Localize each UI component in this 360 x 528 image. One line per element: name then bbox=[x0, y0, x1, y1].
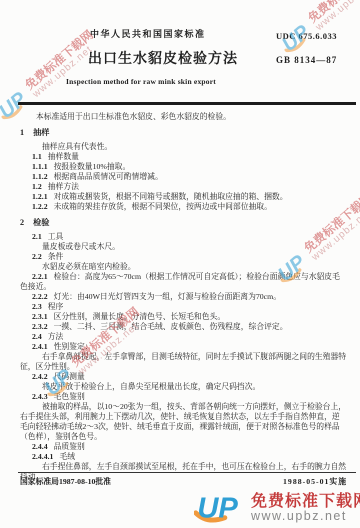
watermark-stamp: UP 免费标准下载网 www.upbz.net bbox=[275, 0, 360, 58]
svg-text:UP: UP bbox=[197, 493, 238, 525]
clause-paragraph: 将皮平放于检验台上，自鼻尖至尾根量出长度，确定尺码挡次。 bbox=[20, 382, 347, 392]
clause-paragraph: 1.1.1按报验数量10%抽取。 bbox=[20, 162, 347, 172]
clause-paragraph: 2.3.2一摸、二抖、三目测，结合毛绒、皮板颜色、伤残程度，综合评定。 bbox=[20, 322, 347, 332]
clause-paragraph: 2.4方法 bbox=[20, 332, 347, 342]
watermark-site-url: www.upbz.net bbox=[251, 510, 360, 524]
clause-paragraph: 1.2抽样方法 bbox=[20, 182, 347, 192]
clause-paragraph: 水貂皮必须在暗室内检验。 bbox=[20, 262, 347, 272]
watermark-stamp: UP 免费标准下载网 www.upbz.net bbox=[0, 27, 102, 125]
clause-paragraph: 2.1工具 bbox=[20, 232, 347, 242]
approval-date: 国家标准局1987-08-10批准 bbox=[20, 476, 111, 487]
clause-paragraph: 2.4.4.1毛绒 bbox=[20, 452, 347, 462]
clause-paragraph: 2.2.1检验台：高度为65～70cm（根据工作情况可自定高低）；检验台面颜色应… bbox=[20, 272, 347, 292]
standard-document-page: 中华人民共和国国家标准 UDC 675.6.033 出口生水貂皮检验方法 GB … bbox=[0, 0, 360, 528]
clause-paragraph: 2.4.3毛色鉴别 bbox=[20, 392, 347, 402]
standard-number: GB 8134—87 bbox=[276, 55, 337, 65]
section-title: 检验 bbox=[33, 218, 49, 227]
clause-paragraph: 1.1.2根据商品品质情况可酌情增减。 bbox=[20, 172, 347, 182]
clause-paragraph: 2.4.2尺码测量 bbox=[20, 372, 347, 382]
clause-paragraph: 1.2.2未成箱的架挂存放货，根据不同架位，按两边或中间部位抽取。 bbox=[20, 202, 347, 212]
watermark-site-name: 免费标准下载网 bbox=[306, 0, 360, 25]
clause-paragraph: 2.2条件 bbox=[20, 252, 347, 262]
clause-paragraph: 2.3.1区分性别，测量长度，分清色号、长短毛和色头。 bbox=[20, 312, 347, 322]
document-body: 本标准适用于出口生标准色水貂皮、彩色水貂皮的检验。 1抽样 抽样应具有代表性。 … bbox=[20, 112, 347, 482]
clause-paragraph: 2.4.4品质鉴别 bbox=[20, 442, 347, 452]
footer-divider bbox=[18, 472, 356, 473]
scope-statement: 本标准适用于出口生标准色水貂皮、彩色水貂皮的检验。 bbox=[20, 112, 347, 122]
watermark-brand: UP 免费标准下载网 www.upbz.net bbox=[194, 491, 360, 525]
clause-paragraph: 1.2.1对成箱或捆装货，根据不同箱号或捆数，随机抽取应抽的箱、捆数。 bbox=[20, 192, 347, 202]
clause-paragraph: 1.1抽样数量 bbox=[20, 152, 347, 162]
clause-paragraph: 抽样应具有代表性。 bbox=[20, 142, 347, 152]
clause-paragraph: 2.3程序 bbox=[20, 302, 347, 312]
section-heading-inspection: 2检验 bbox=[20, 218, 347, 228]
standard-authority: 中华人民共和国国家标准 bbox=[90, 27, 206, 40]
clause-paragraph: 2.4.1性别鉴定： bbox=[20, 342, 347, 352]
watermark-site-name: 免费标准下载网 bbox=[251, 493, 360, 510]
watermark-brand-text: 免费标准下载网 www.upbz.net bbox=[251, 493, 360, 524]
section-heading-sampling: 1抽样 bbox=[20, 128, 347, 138]
footer: 国家标准局1987-08-10批准 1988-05-01实施 bbox=[20, 476, 347, 487]
header-divider bbox=[18, 102, 356, 105]
page-title: 出口生水貂皮检验方法 bbox=[88, 48, 238, 68]
clause-paragraph: 量皮板或卷尺或木尺。 bbox=[20, 242, 347, 252]
section-number: 1 bbox=[20, 128, 24, 137]
section-title: 抽样 bbox=[33, 128, 49, 137]
section-number: 2 bbox=[20, 218, 24, 227]
watermark-site-url: www.upbz.net bbox=[314, 0, 360, 33]
clause-paragraph: 右手拿鼻部提起，左手拿臀部，目测毛绒特征，同时左手摸试下腹部两腿之间的生殖器特征… bbox=[20, 352, 347, 372]
page-title-english: Inspection method for raw mink skin expo… bbox=[66, 77, 216, 86]
udc-number: UDC 675.6.033 bbox=[276, 31, 337, 41]
up-logo-icon: UP bbox=[194, 491, 246, 525]
implementation-date: 1988-05-01实施 bbox=[283, 476, 347, 487]
clause-paragraph: 2.2.2灯光：由40W日光灯管四支为一组，灯源与检验台面距离为70cm。 bbox=[20, 292, 347, 302]
clause-paragraph: 被抽取的样品，以10～20张为一组，按头、背部各朝向统一方向摆好，侧立于检验台上… bbox=[20, 402, 347, 442]
